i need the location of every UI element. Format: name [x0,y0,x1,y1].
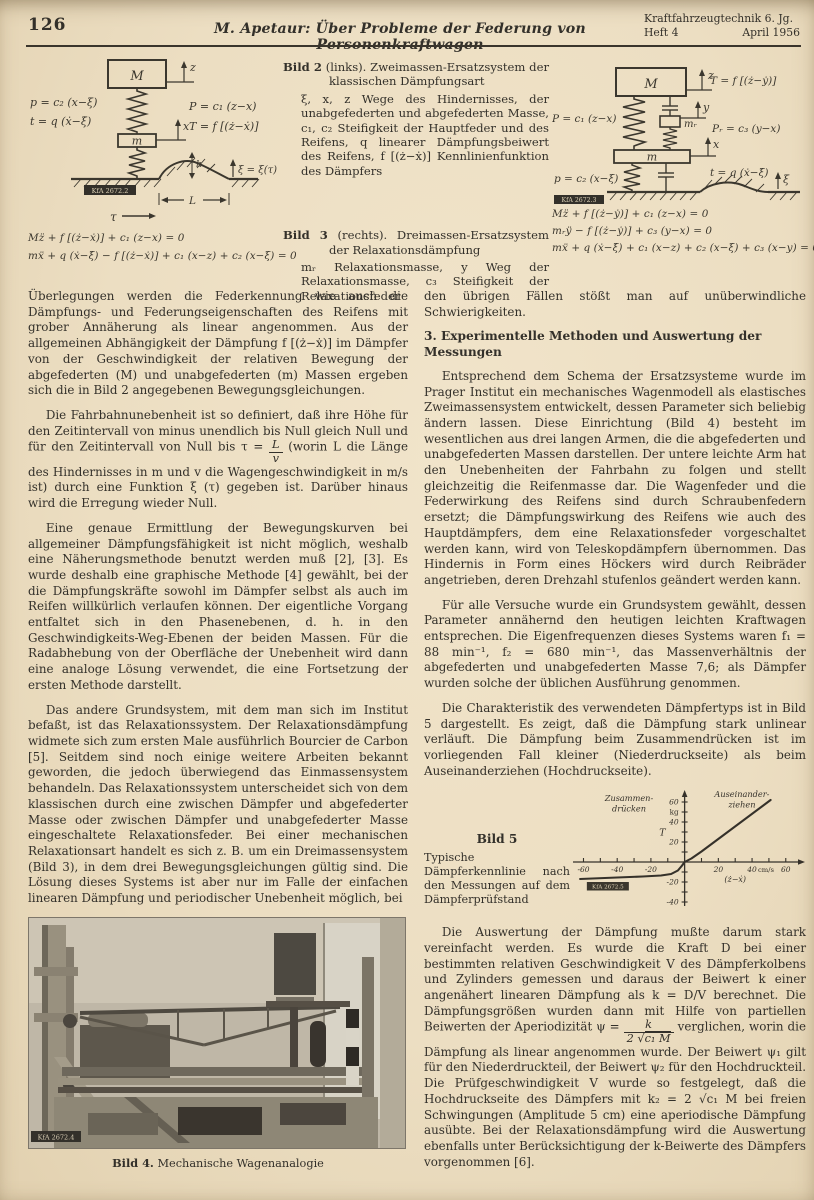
bild3-caption-label: Bild 3 [283,228,328,242]
xi-arrow-icon [775,172,781,179]
x-axis-arrow-icon [175,119,181,126]
mass-M-label: M [643,77,658,92]
svg-text:20: 20 [713,865,724,874]
inline-fraction: k2 √c₁ M [624,1019,674,1044]
journal-name: Kraftfahrzeugtechnik 6. Jg. [644,12,800,26]
figure-captions: Bild 2 (links). Zweimassen-Ersatzsystem … [283,60,549,303]
header-rule [26,45,801,47]
figure-bild5: Bild 5 Typische Dämpferkennlinie nach de… [424,788,806,915]
equation-line: mẍ + q (ẋ−ξ̇) + c₁ (x−z) + c₂ (x−ξ) + c₃… [552,240,814,257]
watermark-text: KfA 2672.3 [562,197,597,204]
z-axis-label: z [189,61,196,74]
x-axis-label: x [713,138,720,151]
paragraph: Überlegungen werden die Federkennung wie… [28,289,408,399]
svg-text:Zusammen-: Zusammen- [604,793,654,803]
bild5-caption-label: Bild 5 [424,832,570,846]
journal-page: 126 M. Apetaur: Über Probleme der Federu… [0,0,814,1200]
fraction-numerator: L [269,439,283,451]
watermark-text: KfA 2672.4 [38,1133,75,1141]
paragraph-text: verglichen, worin die Dämpfung als linea… [424,1020,806,1169]
bild2-caption-title: (links). Zweimassen-Ersatzsystem der kla… [326,60,549,88]
bild2-caption-label: Bild 2 [283,60,322,74]
ground-hatching [74,158,259,187]
ground-hatching [610,175,797,200]
bild4-caption-text: Mechanische Wagenanalogie [154,1157,324,1170]
journal-info: Kraftfahrzeugtechnik 6. Jg. Heft 4 April… [644,12,800,39]
z-axis-arrow-icon [181,61,187,68]
bump-height-label: h [196,159,202,170]
svg-text:KfA 2672.5: KfA 2672.5 [592,885,624,891]
tire-spring-icon [129,147,145,179]
relaxation-mass-label: mᵣ [684,119,697,130]
fraction-numerator: k [624,1019,674,1031]
y-axis-arrow-icon [695,101,701,108]
paragraph: Entsprechend dem Schema der Ersatzsystem… [424,369,806,589]
journal-date: April 1956 [742,26,800,40]
mass-m-label: m [132,135,142,148]
paragraph: Die Charakteristik des verwendeten Dämpf… [424,701,806,780]
main-spring-icon [623,96,645,150]
svg-text:40: 40 [746,865,757,874]
fraction-denominator: v [269,452,283,465]
xi-arrow-icon [230,159,236,166]
equation-line: mẍ + q (ẋ−ξ̇) − f [(ż−ẋ)] + c₁ (x−z) + c… [28,247,297,265]
figure-bild3-diagram: M z mᵣ y m x ξ KfA 2672.3 [552,56,810,204]
xi-label: ξ [783,173,790,186]
paragraph: Das andere Grundsystem, mit dem man sich… [28,703,408,907]
bild2-equations: Mz̈ + f [(ż−ẋ)] + c₁ (z−x) = 0 mẍ + q (ẋ… [28,229,297,265]
section-heading: 3. Experimentelle Methoden und Auswertun… [424,329,806,360]
paragraph: Für alle Versuche wurde ein Grundsystem … [424,598,806,692]
paragraph: den übrigen Fällen stößt man auf unüberw… [424,289,806,320]
bild2-caption: Bild 2 (links). Zweimassen-Ersatzsystem … [283,60,549,89]
svg-text:-40: -40 [667,898,679,907]
sqrt-argument: c₁ M [645,1031,671,1045]
fraction-denominator: 2 √c₁ M [624,1032,674,1045]
paragraph: Die Auswertung der Dämpfung mußte darum … [424,925,806,1170]
x-axis-arrow-icon [705,137,711,144]
svg-text:(ż−ẋ): (ż−ẋ) [724,875,746,884]
paragraph-text: Die Auswertung der Dämpfung mußte darum … [424,925,806,1034]
watermark-text: KfA 2672.2 [92,187,129,195]
equation-line: Mz̈ + f [(ż−ẏ)] + c₁ (z−x) = 0 [552,206,814,223]
svg-text:drücken: drücken [612,804,646,814]
xi-function-label: ξ = ξ(τ) [238,165,277,176]
right-column: den übrigen Fällen stößt man auf unüberw… [424,289,806,1179]
svg-text:-60: -60 [577,865,589,874]
tire-spring-icon [624,163,640,192]
svg-text:-40: -40 [611,865,623,874]
bild5-caption-text: Typische Dämpferkennlinie nach den Messu… [424,851,570,907]
relaxation-spring-icon [663,127,677,150]
mass-m-label: m [647,151,657,164]
svg-text:kg: kg [670,808,679,817]
svg-text:40: 40 [668,818,679,827]
inline-fraction: Lv [269,439,283,464]
svg-text:-20: -20 [667,878,679,887]
tire-spring-eq-label: p = c₂ (x−ξ) [554,173,618,185]
bild3-caption-title: (rechts). Dreimassen-Ersatzsystem der Re… [329,228,549,256]
road-bump [159,161,229,179]
damper-eq-label: T = f [(ż−ẋ)] [189,120,259,133]
bild5-chart-wrap: -60-40-20204060-40-20204060kgTcm/s(ż−ẋ)Z… [570,788,806,915]
svg-text:60: 60 [781,865,791,874]
bild4-caption: Bild 4. Mechanische Wagenanalogie [28,1156,408,1172]
tire-spring-eq-label: p = c₂ (x−ξ) [30,96,97,109]
equation-line: mᵣÿ − f [(ż−ẏ)] + c₃ (y−x) = 0 [552,223,814,240]
svg-text:cm/s: cm/s [758,866,775,874]
left-column: Überlegungen werden die Federkennung wie… [28,289,408,1171]
equation-line: Mz̈ + f [(ż−ẋ)] + c₁ (z−x) = 0 [28,229,297,247]
mass-M-label: M [129,69,144,84]
bild5-caption: Bild 5 Typische Dämpferkennlinie nach de… [424,832,570,915]
y-axis-label: y [702,101,710,114]
bild4-photo-image: KfA 2672.4 [28,917,406,1149]
svg-text:60: 60 [669,798,679,807]
svg-text:T: T [659,828,666,839]
bild5-damper-chart: -60-40-20204060-40-20204060kgTcm/s(ż−ẋ)Z… [570,788,806,910]
tire-damping-eq-label: t = q (ẋ−ξ̇) [710,166,768,179]
relaxation-spring-eq-label: Pᵣ = c₃ (y−x) [711,123,780,135]
bump-length-label: L [188,195,196,207]
tau-arrow-icon [149,213,156,219]
z-axis-arrow-icon [699,69,705,76]
damper-eq-label: T = f [(ż−ẏ)] [710,75,777,87]
tau-label: τ [110,210,117,224]
sqrt-prefix: 2 √ [627,1032,645,1045]
svg-text:Auseinander-: Auseinander- [713,789,769,799]
bild4-caption-label: Bild 4. [112,1156,154,1170]
svg-text:-20: -20 [645,865,657,874]
main-spring-icon [128,88,146,134]
journal-issue: Heft 4 [644,26,678,40]
svg-text:ziehen: ziehen [727,800,755,810]
paragraph: Eine genaue Ermittlung der Bewegungskurv… [28,521,408,694]
svg-text:20: 20 [668,838,679,847]
main-spring-eq-label: P = c₁ (z−x) [552,113,616,125]
page-number: 126 [28,15,67,35]
figure-bild4-photo: KfA 2672.4 Bild 4. Mechanische Wagenanal… [28,917,408,1172]
running-title: M. Apetaur: Über Probleme der Federung v… [130,21,670,53]
bild2-caption-legend: ξ, x, z Wege des Hindernisses, der unabg… [301,92,549,178]
figure-bild2-diagram: M z m x h ξ = ξ(τ) L KfA 2672.2 τ [26,54,284,232]
tire-damping-eq-label: t = q (ẋ−ξ̇) [30,115,91,128]
main-spring-eq-label: P = c₁ (z−x) [188,100,256,113]
bild3-equations: Mz̈ + f [(ż−ẏ)] + c₁ (z−x) = 0 mᵣÿ − f [… [552,206,814,257]
paragraph: Die Fahrbahnunebenheit ist so definiert,… [28,408,408,512]
bild3-caption: Bild 3 (rechts). Dreimassen-Ersatzsystem… [283,228,549,257]
